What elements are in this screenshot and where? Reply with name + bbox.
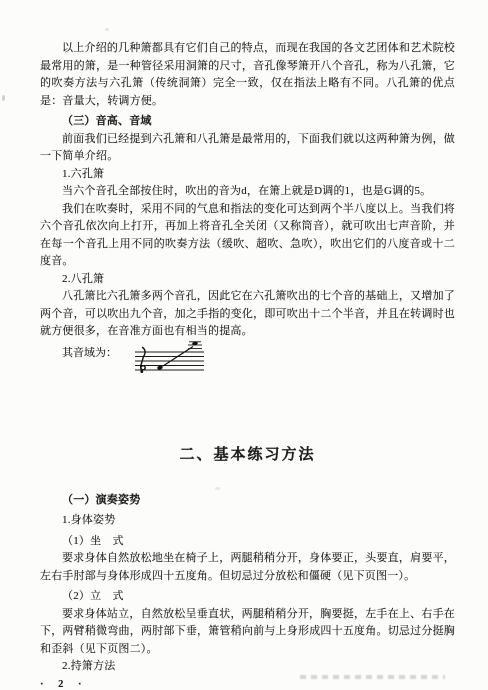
range-label: 其音域为： [40, 345, 117, 363]
six-hole-paragraph-2: 我们在吹奏时，采用不同的气息和指法的变化可达到两个半八度以上。当我们将六个音孔依… [40, 201, 455, 271]
range-row: 其音域为： [40, 345, 455, 383]
section-heading-pitch-range: （三）音高、音域 [40, 113, 455, 131]
intro-paragraph: 以上介绍的几种箫都具有它们自己的特点，而现在我国的各文艺团体和艺术院校最常用的箫… [40, 40, 455, 110]
eight-hole-paragraph: 八孔箫比六孔箫多两个音孔，因此它在六孔箫吹出的七个音的基础上，又增加了两个音，可… [40, 288, 455, 341]
scan-speck [215, 487, 220, 490]
pitch-intro-paragraph: 前面我们已经提到六孔箫和八孔箫是最常用的，下面我们就以这两种箫为例，做一下简单介… [40, 131, 455, 166]
scan-speck [105, 28, 109, 31]
subheading-holding-method: 2.持箫方法 [40, 658, 455, 676]
document-page: 以上介绍的几种箫都具有它们自己的特点，而现在我国的各文艺团体和艺术院校最常用的箫… [0, 0, 488, 690]
scan-speck [2, 95, 5, 101]
standing-paragraph: 要求身体站立，自然放松呈垂直状，两腿稍稍分开，胸要挺，左手在上、右手在下，两臂稍… [40, 606, 455, 659]
chapter-heading: 二、基本练习方法 [40, 443, 455, 464]
scan-artifact [300, 675, 445, 679]
section-heading-playing-posture: （一）演奏姿势 [40, 492, 455, 510]
subheading-standing-style: （2）立 式 [40, 588, 455, 606]
subheading-sitting-style: （1）坐 式 [40, 533, 455, 551]
sitting-paragraph: 要求身体自然放松地坐在椅子上，两腿稍稍分开，身体要正，头要直，肩要平，左右手肘部… [40, 550, 455, 585]
page-number: · 2 · [40, 679, 455, 690]
subheading-body-posture: 1.身体姿势 [40, 512, 455, 530]
subheading-six-hole-xiao: 1.六孔箫 [40, 166, 455, 184]
subheading-eight-hole-xiao: 2.八孔箫 [40, 271, 455, 289]
treble-clef-glyph [141, 347, 146, 369]
musical-staff-icon [129, 339, 209, 377]
six-hole-paragraph-1: 当六个音孔全部按住时，吹出的音为d，在箫上就是D调的1，也是G调的5。 [40, 183, 455, 201]
